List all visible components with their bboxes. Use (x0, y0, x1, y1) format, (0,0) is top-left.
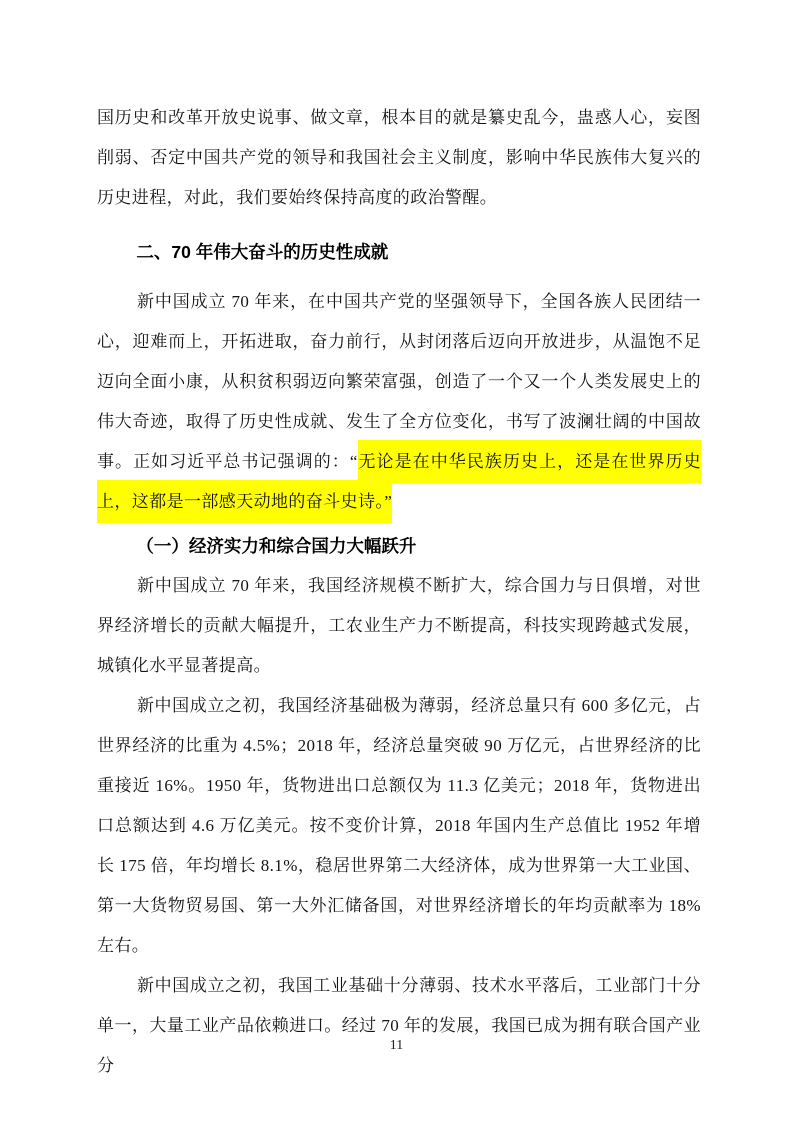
paragraph: 国历史和改革开放史说事、做文章，根本目的就是纂史乱今，蛊惑人心，妄图削弱、否定中… (97, 98, 701, 218)
paragraph: 新中国成立之初，我国经济基础极为薄弱，经济总量只有 600 多亿元，占世界经济的… (97, 686, 701, 966)
page-number: 11 (0, 1036, 793, 1056)
paragraph: 新中国成立 70 年来，在中国共产党的坚强领导下，全国各族人民团结一心，迎难而上… (97, 282, 701, 522)
paragraph: 新中国成立 70 年来，我国经济规模不断扩大，综合国力与日俱增，对世界经济增长的… (97, 566, 701, 686)
paragraph: 新中国成立之初，我国工业基础十分薄弱、技术水平落后，工业部门十分单一，大量工业产… (97, 966, 701, 1086)
section-heading: 二、70 年伟大奋斗的历史性成就 (97, 232, 701, 272)
document-page: 国历史和改革开放史说事、做文章，根本目的就是纂史乱今，蛊惑人心，妄图削弱、否定中… (0, 0, 793, 1122)
document-body: 国历史和改革开放史说事、做文章，根本目的就是纂史乱今，蛊惑人心，妄图削弱、否定中… (97, 98, 701, 1086)
subsection-heading: （一）经济实力和综合国力大幅跃升 (97, 526, 701, 566)
